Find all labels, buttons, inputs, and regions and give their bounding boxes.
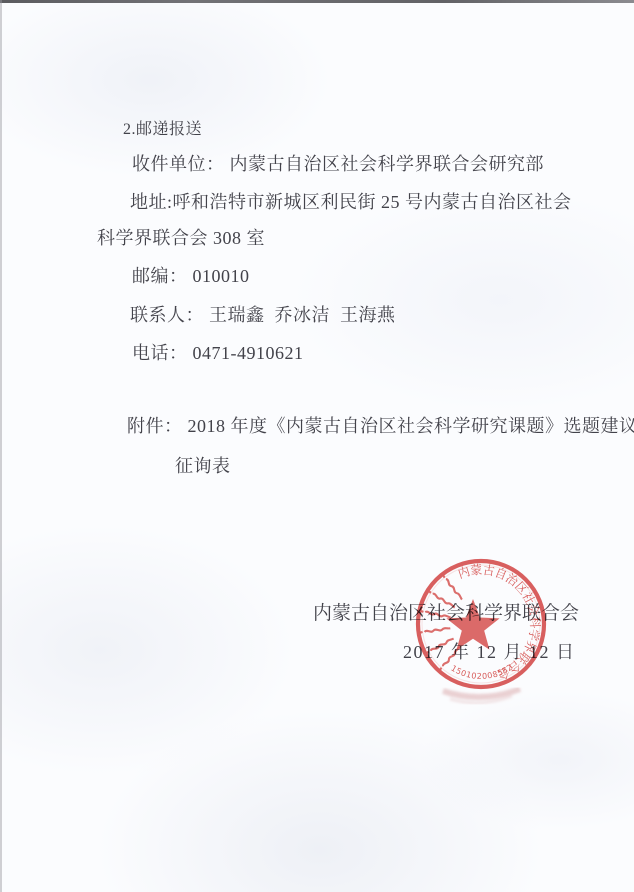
- contacts-line: 联系人： 王瑞鑫 乔冰洁 王海燕: [130, 305, 396, 327]
- phone-line: 电话： 0471-4910621: [132, 343, 304, 365]
- attachment-line-2: 征询表: [175, 456, 231, 478]
- recipient-line: 收件单位： 内蒙古自治区社会科学界联合会研究部: [132, 154, 544, 176]
- scan-edge-top: [0, 0, 634, 3]
- scan-edge-left: [0, 0, 2, 892]
- attachment-line-1: 附件： 2018 年度《内蒙古自治区社会科学研究课题》选题建议: [127, 416, 634, 438]
- stamp-ghost-impression: [443, 689, 520, 703]
- postcode-line: 邮编： 010010: [132, 266, 250, 288]
- address-line-2: 科学界联合会 308 室: [97, 228, 265, 250]
- address-line-1: 地址:呼和浩特市新城区利民街 25 号内蒙古自治区社会: [130, 192, 572, 214]
- mailing-heading: 2.邮递报送: [123, 120, 202, 139]
- scanned-document-page: 2.邮递报送 收件单位： 内蒙古自治区社会科学界联合会研究部 地址:呼和浩特市新…: [0, 0, 634, 892]
- official-stamp: 内蒙古自治区社会科学界联合会 1501020085528: [398, 541, 568, 713]
